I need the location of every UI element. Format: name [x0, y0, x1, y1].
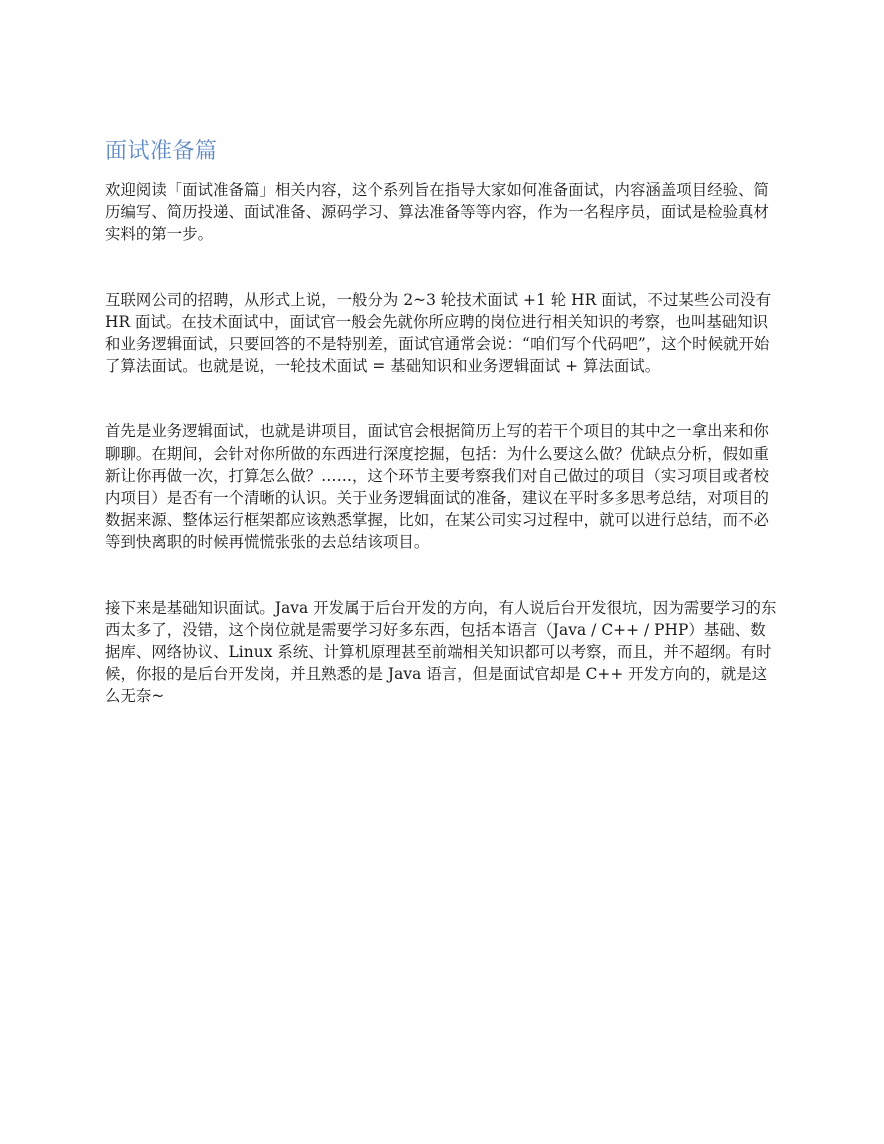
paragraph-interview-format: 互联网公司的招聘，从形式上说，一般分为 2~3 轮技术面试 +1 轮 HR 面试…	[105, 289, 781, 378]
paragraph-spacer	[105, 377, 781, 420]
document-title: 面试准备篇	[105, 138, 781, 166]
paragraph-intro: 欢迎阅读「面试准备篇」相关内容，这个系列旨在指导大家如何准备面试，内容涵盖项目经…	[105, 179, 781, 246]
document-page: 面试准备篇 欢迎阅读「面试准备篇」相关内容，这个系列旨在指导大家如何准备面试，内…	[105, 138, 781, 708]
paragraph-fundamentals: 接下来是基础知识面试。Java 开发属于后台开发的方向，有人说后台开发很坑，因为…	[105, 597, 781, 708]
paragraph-business-logic: 首先是业务逻辑面试，也就是讲项目，面试官会根据简历上写的若干个项目的其中之一拿出…	[105, 420, 781, 553]
paragraph-spacer	[105, 554, 781, 597]
paragraph-spacer	[105, 246, 781, 289]
